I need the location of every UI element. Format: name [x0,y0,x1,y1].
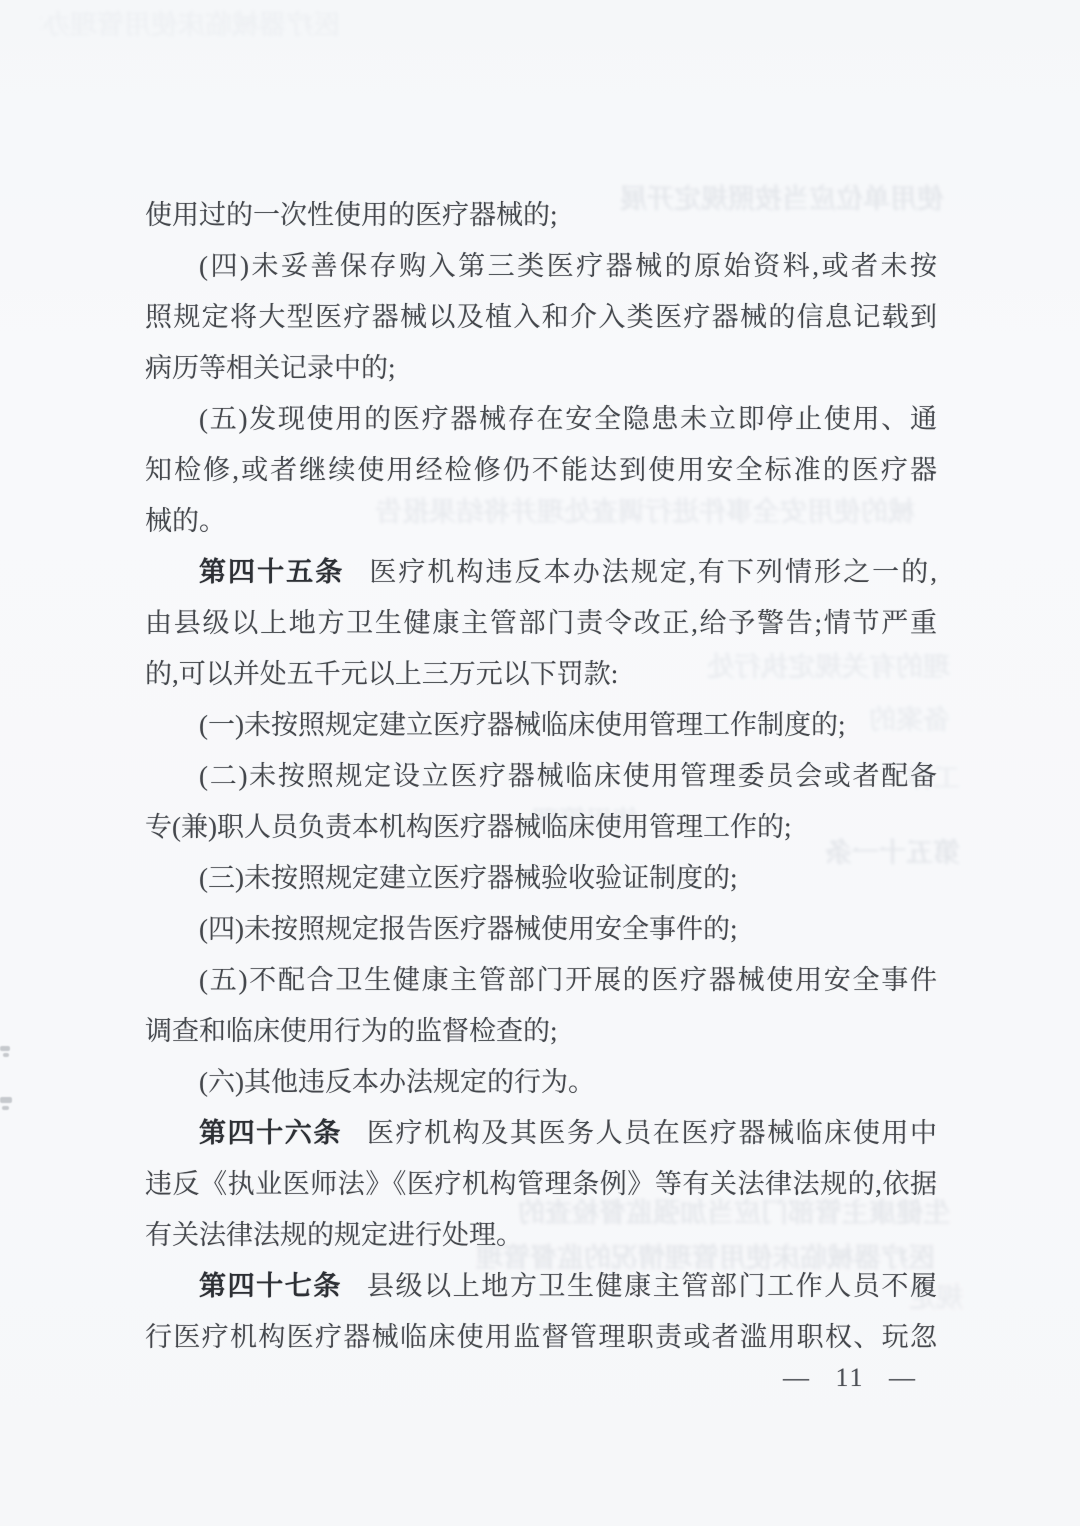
article-number: 第四十七条 [199,1271,342,1301]
text-line: 有关法律法规的规定进行处理。 [145,1210,937,1261]
text-line: (三)未按照规定建立医疗器械验收验证制度的; [145,853,937,904]
text-line: (四)未按照规定报告医疗器械使用安全事件的; [145,904,937,955]
text-line: 违反《执业医师法》《医疗机构管理条例》等有关法律法规的,依据 [145,1159,937,1210]
article-number: 第四十六条 [199,1118,342,1148]
text-line: 第四十五条医疗机构违反本办法规定,有下列情形之一的, [145,547,937,598]
scan-artifact [0,1046,10,1051]
page-number: — 11 — [783,1363,917,1393]
text-line: 第四十七条县级以上地方卫生健康主管部门工作人员不履 [145,1261,937,1312]
text-line: 的,可以并处五千元以上三万元以下罚款: [145,649,937,700]
text-line: 械的。 [145,496,937,547]
text-line: 调查和临床使用行为的监督检查的; [145,1006,937,1057]
scan-artifact [2,1106,9,1110]
bleedthrough-text: 医疗器械临床使用管理办法有关 [40,10,340,40]
text-line: (五)不配合卫生健康主管部门开展的医疗器械使用安全事件 [145,955,937,1006]
scanned-document-page: 使用过的一次性使用的医疗器械的;(四)未妥善保存购入第三类医疗器械的原始资料,或… [0,0,1080,1526]
text-line: 病历等相关记录中的; [145,343,937,394]
scan-artifact [0,1097,12,1103]
text-line: (四)未妥善保存购入第三类医疗器械的原始资料,或者未按 [145,241,937,292]
text-line: 行医疗机构医疗器械临床使用监督管理职责或者滥用职权、玩忽 [145,1312,937,1363]
text-line: 由县级以上地方卫生健康主管部门责令改正,给予警告;情节严重 [145,598,937,649]
text-line: 专(兼)职人员负责本机构医疗器械临床使用管理工作的; [145,802,937,853]
scan-artifact [3,1053,9,1057]
text-line: (二)未按照规定设立医疗器械临床使用管理委员会或者配备 [145,751,937,802]
article-number: 第四十五条 [199,557,344,587]
document-body: 使用过的一次性使用的医疗器械的;(四)未妥善保存购入第三类医疗器械的原始资料,或… [145,190,937,1363]
text-line: 使用过的一次性使用的医疗器械的; [145,190,937,241]
text-line: 照规定将大型医疗器械以及植入和介入类医疗器械的信息记载到 [145,292,937,343]
text-line: 第四十六条医疗机构及其医务人员在医疗器械临床使用中 [145,1108,937,1159]
text-line: (六)其他违反本办法规定的行为。 [145,1057,937,1108]
text-line: 知检修,或者继续使用经检修仍不能达到使用安全标准的医疗器 [145,445,937,496]
text-line: (五)发现使用的医疗器械存在安全隐患未立即停止使用、通 [145,394,937,445]
text-line: (一)未按照规定建立医疗器械临床使用管理工作制度的; [145,700,937,751]
